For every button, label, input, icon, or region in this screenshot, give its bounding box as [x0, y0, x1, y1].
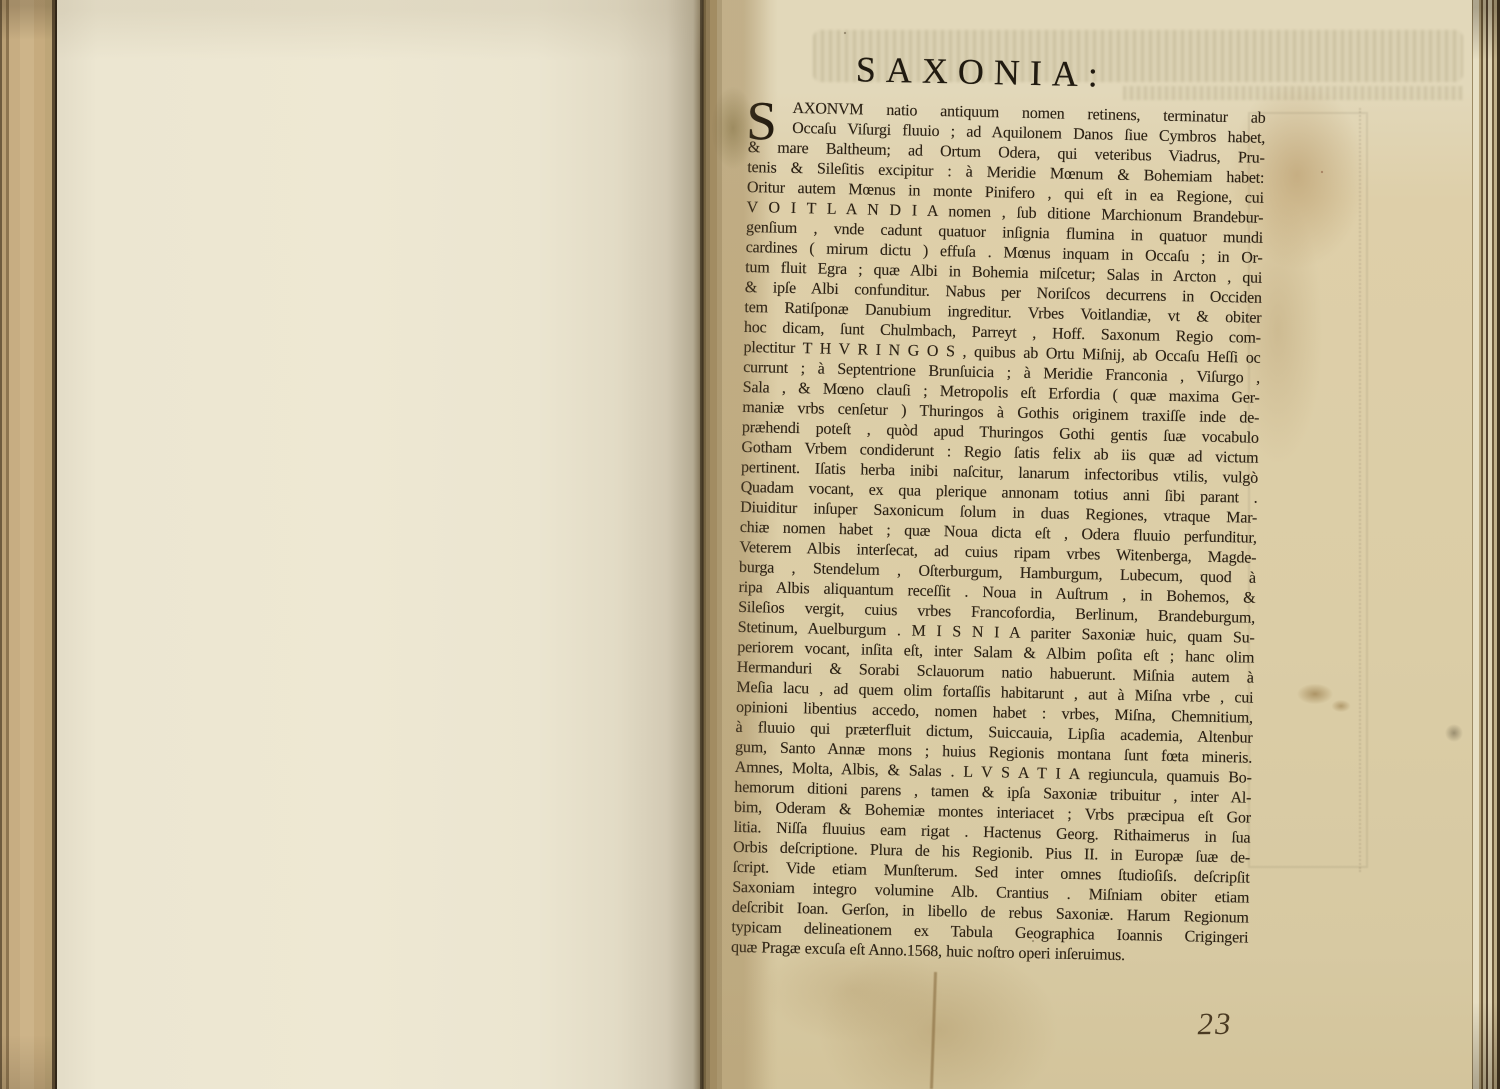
- open-book-spread: SAXONIA: S AXONVM natio antiquum nomen r…: [0, 0, 1500, 1089]
- body-text: S AXONVM natio antiquum nomen retinens, …: [731, 98, 1266, 969]
- page-title: SAXONIA:: [723, 41, 1241, 102]
- left-page-edges: [0, 0, 57, 1089]
- fore-edge-page-stack: [1472, 0, 1500, 1089]
- blank-verso-page: [57, 0, 703, 1089]
- ghost-frame-line: [1359, 108, 1361, 872]
- ghost-frame-showthrough: [1248, 112, 1368, 868]
- drop-cap-initial: S: [746, 93, 778, 149]
- paper-crease: [930, 972, 937, 1089]
- page-number: 23: [1197, 1006, 1232, 1042]
- paragraph-lines: AXONVM natio antiquum nomen retinens, te…: [731, 98, 1266, 969]
- text-block: SAXONIA: S AXONVM natio antiquum nomen r…: [731, 42, 1267, 969]
